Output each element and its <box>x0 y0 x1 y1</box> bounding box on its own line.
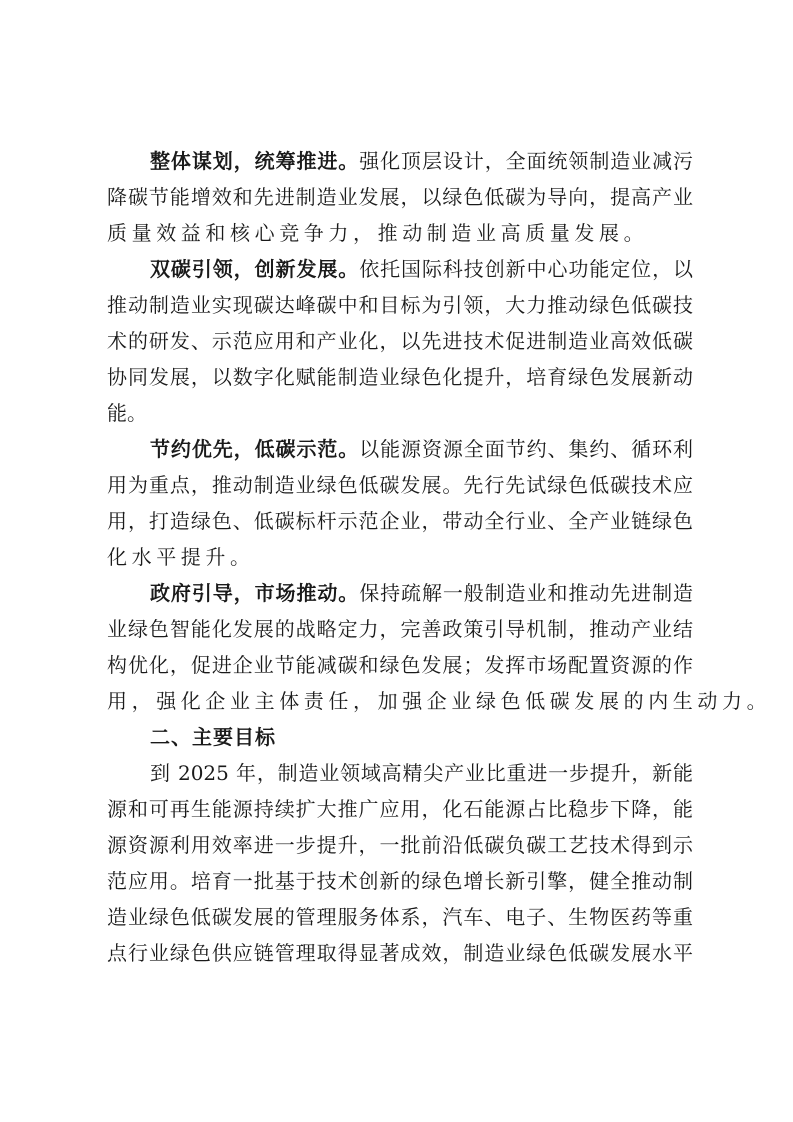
paragraph-1-line-1: 整体谋划，统筹推进。强化顶层设计，全面统领制造业减污 <box>107 143 693 179</box>
document-body: 整体谋划，统筹推进。强化顶层设计，全面统领制造业减污 降碳节能增效和先进制造业发… <box>107 143 693 971</box>
paragraph-3-line-3: 用，打造绿色、低碳标杆示范企业，带动全行业、全产业链绿色 <box>107 503 693 539</box>
paragraph-2-lead: 双碳引领，创新发展。 <box>150 257 359 281</box>
goals-line-1: 到 2025 年，制造业领域高精尖产业比重进一步提升，新能 <box>107 755 693 791</box>
paragraph-1-line-3: 质量效益和核心竞争力，推动制造业高质量发展。 <box>107 215 693 251</box>
goals-line-5: 造业绿色低碳发展的管理服务体系，汽车、电子、生物医药等重 <box>107 899 693 935</box>
paragraph-2-line-3: 术的研发、示范应用和产业化，以先进技术促进制造业高效低碳 <box>107 323 693 359</box>
paragraph-1-line-2: 降碳节能增效和先进制造业发展，以绿色低碳为导向，提高产业 <box>107 179 693 215</box>
paragraph-3-line-2: 用为重点，推动制造业绿色低碳发展。先行先试绿色低碳技术应 <box>107 467 693 503</box>
paragraph-4-line-3: 构优化，促进企业节能减碳和绿色发展；发挥市场配置资源的作 <box>107 647 693 683</box>
paragraph-2-line-4: 协同发展，以数字化赋能制造业绿色化提升，培育绿色发展新动 <box>107 359 693 395</box>
document-page: 整体谋划，统筹推进。强化顶层设计，全面统领制造业减污 降碳节能增效和先进制造业发… <box>0 0 793 1122</box>
paragraph-3-line-1: 节约优先，低碳示范。以能源资源全面节约、集约、循环利 <box>107 431 693 467</box>
paragraph-4-line-4: 用，强化企业主体责任，加强企业绿色低碳发展的内生动力。 <box>107 683 693 719</box>
paragraph-3-lead: 节约优先，低碳示范。 <box>150 437 359 461</box>
paragraph-1-lead: 整体谋划，统筹推进。 <box>150 149 359 173</box>
paragraph-3-line-4: 化水平提升。 <box>107 539 693 575</box>
paragraph-4-line-1: 政府引导，市场推动。保持疏解一般制造业和推动先进制造 <box>107 575 693 611</box>
paragraph-4-lead: 政府引导，市场推动。 <box>150 581 359 605</box>
goals-line-2: 源和可再生能源持续扩大推广应用，化石能源占比稳步下降，能 <box>107 791 693 827</box>
paragraph-2-line-2: 推动制造业实现碳达峰碳中和目标为引领，大力推动绿色低碳技 <box>107 287 693 323</box>
section-heading: 二、主要目标 <box>107 719 693 755</box>
goals-line-3: 源资源利用效率进一步提升，一批前沿低碳负碳工艺技术得到示 <box>107 827 693 863</box>
paragraph-4-line-2: 业绿色智能化发展的战略定力，完善政策引导机制，推动产业结 <box>107 611 693 647</box>
paragraph-2-line-5: 能。 <box>107 395 693 431</box>
paragraph-2-line-1: 双碳引领，创新发展。依托国际科技创新中心功能定位，以 <box>107 251 693 287</box>
goals-line-6: 点行业绿色供应链管理取得显著成效，制造业绿色低碳发展水平 <box>107 935 693 971</box>
goals-line-4: 范应用。培育一批基于技术创新的绿色增长新引擎，健全推动制 <box>107 863 693 899</box>
